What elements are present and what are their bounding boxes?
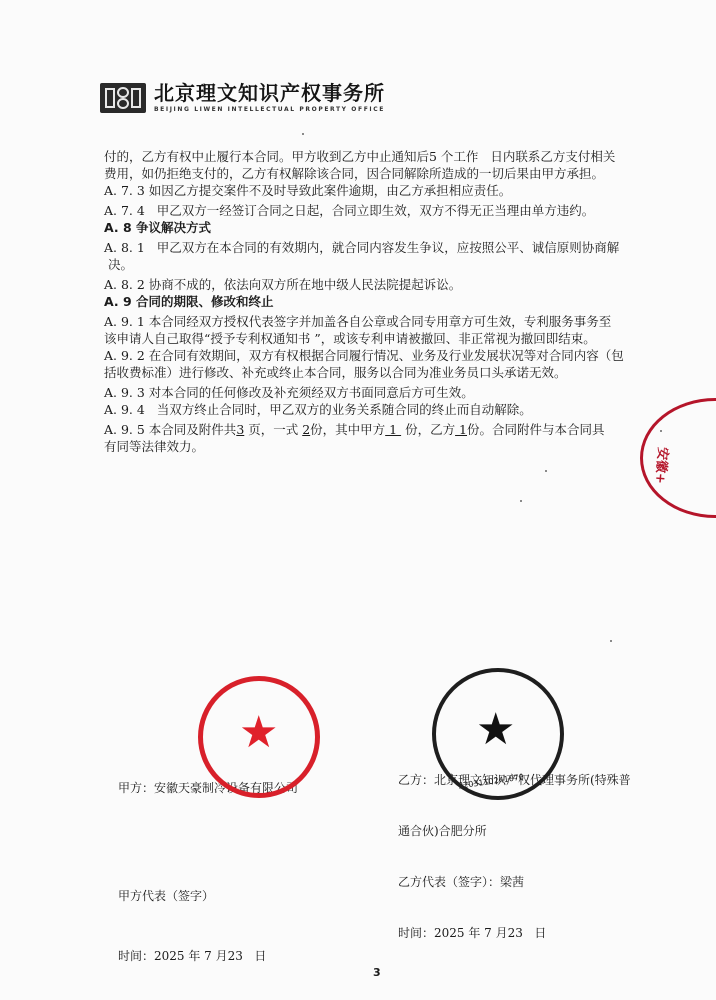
party-a-representative: 甲方代表（签字） bbox=[118, 886, 298, 906]
partial-seal-text: 安徽+ bbox=[652, 446, 674, 484]
clause-a95-line1: A. 9. 5 本合同及附件共3 页，一式 2份，其中甲方 1 份，乙方 1份。… bbox=[104, 421, 664, 438]
page-number: 3 bbox=[373, 966, 381, 979]
clause-a92-line2: 括收费标准）进行修改、补充或终止本合同，服务以合同为准业务员口头承诺无效。 bbox=[104, 364, 664, 381]
contract-body: 付的，乙方有权中止履行本合同。甲方收到乙方中止通知后5 个工作 日内联系乙方支付… bbox=[104, 148, 664, 455]
clause-a91-line1: A. 9. 1 本合同经双方授权代表签字并加盖各自公章或合同专用章方可生效，专利… bbox=[104, 313, 664, 330]
clause-a92-line1: A. 9. 2 在合同有效期间，双方有权根据合同履行情况、业务及行业发展状况等对… bbox=[104, 347, 664, 364]
clause-a82: A. 8. 2 协商不成的，依法向双方所在地中级人民法院提起诉讼。 bbox=[104, 276, 664, 293]
firm-logo-icon bbox=[100, 83, 146, 113]
firm-name-en: BEIJING LIWEN INTELLECTUAL PROPERTY OFFI… bbox=[154, 106, 385, 113]
copy-count: 2 bbox=[302, 422, 310, 437]
clause-a81-line1: A. 8. 1 甲乙双方在本合同的有效期内，就合同内容发生争议，应按照公平、诚信… bbox=[104, 239, 664, 256]
clause-a93: A. 9. 3 对本合同的任何修改及补充须经双方书面同意后方可生效。 bbox=[104, 384, 664, 401]
star-icon: ★ bbox=[239, 711, 278, 755]
clause-a91-line2: 该申请人自己取得“授予专利权通知书 ”，或该专利申请被撤回、非正常视为撤回即结束… bbox=[104, 330, 664, 347]
clause-a73: A. 7. 3 如因乙方提交案件不及时导致此案件逾期，由乙方承担相应责任。 bbox=[104, 182, 664, 199]
seal-code: 3203110241070 bbox=[458, 772, 525, 790]
star-icon: ★ bbox=[476, 708, 515, 752]
section-a8-heading: A. 8 争议解决方式 bbox=[104, 219, 664, 236]
clause-a95-line2: 有同等法律效力。 bbox=[104, 438, 664, 455]
party-a-date: 时间：2025 年 7 月23 日 bbox=[118, 946, 298, 966]
party-b-name-line2: 通合伙)合肥分所 bbox=[398, 823, 631, 840]
firm-name-cn: 北京理文知识产权事务所 bbox=[154, 82, 385, 104]
clause-a94: A. 9. 4 当双方终止合同时，甲乙双方的业务关系随合同的终止而自动解除。 bbox=[104, 401, 664, 418]
party-b-company-seal: ★ 3203110241070 bbox=[432, 668, 564, 800]
party-b-representative: 乙方代表（签字）：梁茜 bbox=[398, 874, 631, 891]
firm-logo: 北京理文知识产权事务所 BEIJING LIWEN INTELLECTUAL P… bbox=[100, 82, 385, 113]
party-a-copies: 1 bbox=[385, 422, 401, 437]
party-b-date: 时间：2025 年 7 月23 日 bbox=[398, 925, 631, 942]
party-b-copies: 1 bbox=[455, 422, 467, 437]
clause-a74: A. 7. 4 甲乙双方一经签订合同之日起，合同立即生效，双方不得无正当理由单方… bbox=[104, 202, 664, 219]
section-a9-heading: A. 9 合同的期限、修改和终止 bbox=[104, 293, 664, 310]
party-a-company-seal: ★ bbox=[198, 676, 320, 798]
clause-a72-line2: 费用，如仍拒绝支付的，乙方有权解除该合同，因合同解除所造成的一切后果由甲方承担。 bbox=[104, 165, 664, 182]
clause-a81-line2: 决。 bbox=[104, 256, 664, 273]
clause-a72-line1: 付的，乙方有权中止履行本合同。甲方收到乙方中止通知后5 个工作 日内联系乙方支付… bbox=[104, 148, 664, 165]
